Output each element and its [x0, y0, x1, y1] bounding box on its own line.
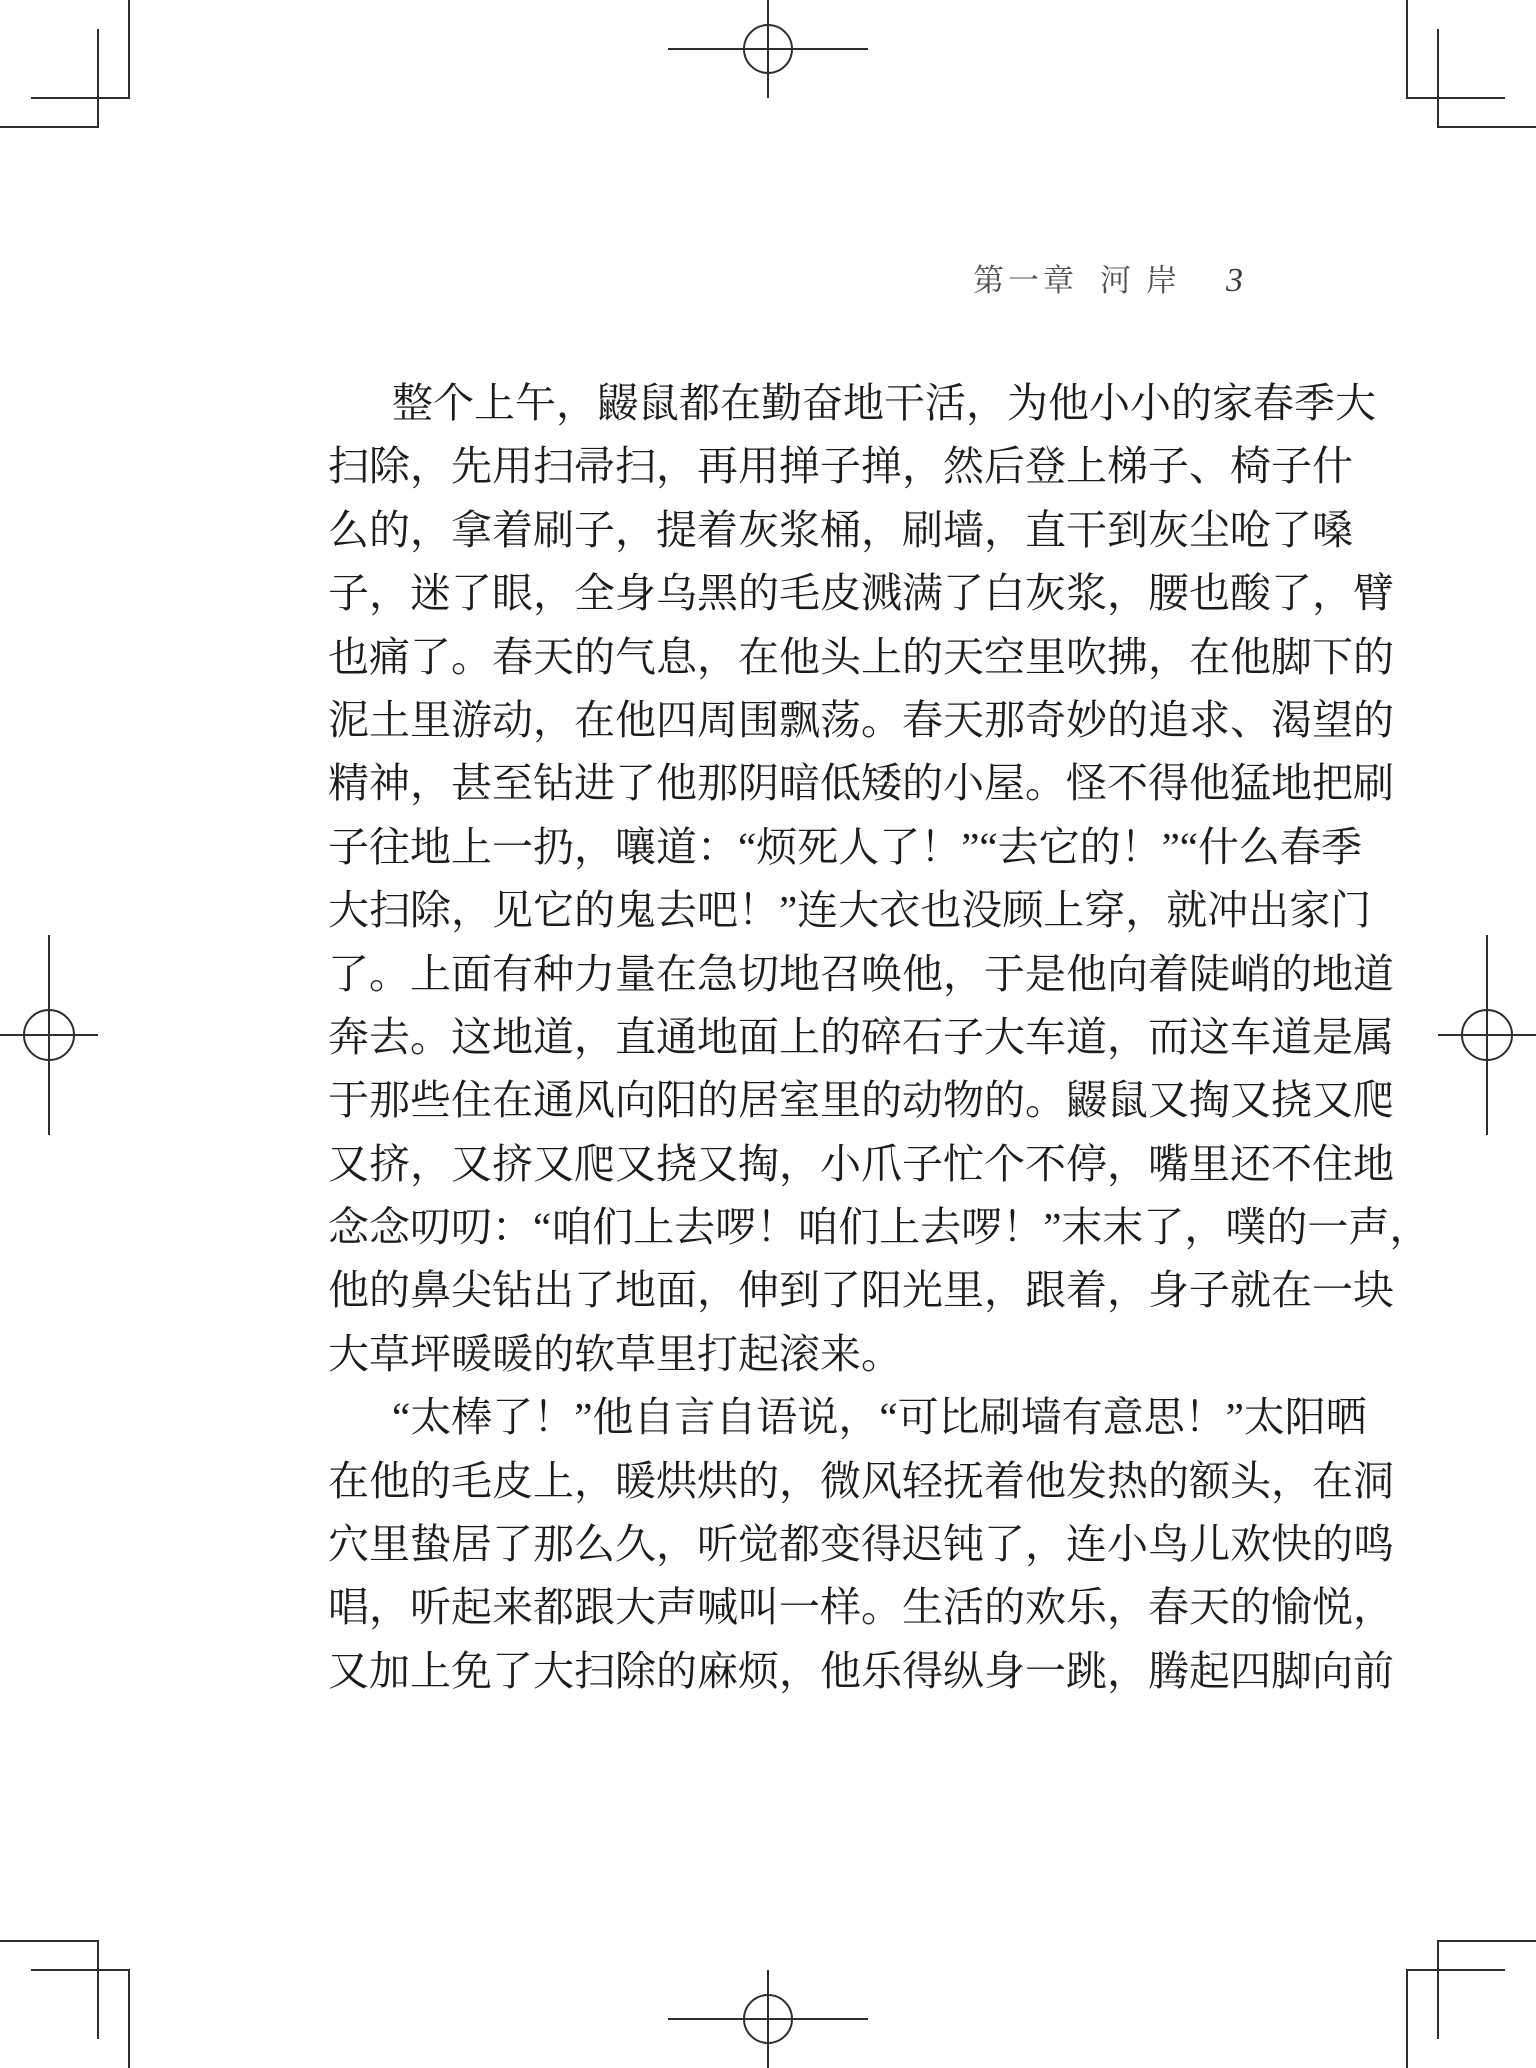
- paragraph: 整个上午，鼹鼠都在勤奋地干活，为他小小的家春季大 扫除，先用扫帚扫，再用掸子掸，…: [328, 372, 1243, 1386]
- registration-mark-right-middle: [1438, 935, 1536, 1135]
- text-line: “太棒了！”他自言自语说，“可比刷墙有意思！”太阳晒: [328, 1386, 1243, 1449]
- page-header: 第一章 河岸 3: [0, 263, 1243, 299]
- paragraph: “太棒了！”他自言自语说，“可比刷墙有意思！”太阳晒 在他的毛皮上，暖烘烘的，微…: [328, 1386, 1243, 1703]
- text-line: 也痛了。春天的气息，在他头上的天空里吹拂，在他脚下的: [328, 626, 1243, 689]
- crop-mark-top-left: [0, 0, 129, 127]
- text-line: 奔去。这地道，直通地面上的碎石子大车道，而这车道是属: [328, 1006, 1243, 1069]
- page-number: 3: [1226, 263, 1243, 299]
- text-line: 在他的毛皮上，暖烘烘的，微风轻抚着他发热的额头，在洞: [328, 1450, 1243, 1513]
- text-line: 了。上面有种力量在急切地召唤他，于是他向着陡峭的地道: [328, 943, 1243, 1006]
- registration-mark-top-center: [668, 0, 868, 98]
- text-line: 又挤，又挤又爬又挠又掏，小爪子忙个不停，嘴里还不住地: [328, 1133, 1243, 1196]
- section-title: 河岸: [1100, 263, 1192, 299]
- text-line: 大扫除，见它的鬼去吧！”连大衣也没顾上穿，就冲出家门: [328, 879, 1243, 942]
- text-line: 穴里蛰居了那么久，听觉都变得迟钝了，连小鸟儿欢快的鸣: [328, 1513, 1243, 1576]
- registration-mark-bottom-center: [668, 1970, 868, 2068]
- text-line: 于那些住在通风向阳的居室里的动物的。鼹鼠又掏又挠又爬: [328, 1069, 1243, 1132]
- text-line: 精神，甚至钻进了他那阴暗低矮的小屋。怪不得他猛地把刷: [328, 752, 1243, 815]
- text-line: 么的，拿着刷子，提着灰浆桶，刷墙，直干到灰尘呛了嗓: [328, 499, 1243, 562]
- text-line: 他的鼻尖钻出了地面，伸到了阳光里，跟着，身子就在一块: [328, 1259, 1243, 1322]
- text-line: 子往地上一扔，嚷道：“烦死人了！”“去它的！”“什么春季: [328, 816, 1243, 879]
- text-line: 大草坪暖暖的软草里打起滚来。: [328, 1323, 1243, 1386]
- registration-mark-left-middle: [0, 935, 98, 1135]
- text-line: 又加上免了大扫除的麻烦，他乐得纵身一跳，腾起四脚向前: [328, 1640, 1243, 1703]
- page: { "colors": { "mark_stroke": "#2e2e2e", …: [0, 0, 1536, 2068]
- chapter-title: 第一章: [973, 263, 1078, 299]
- text-line: 泥土里游动，在他四周围飘荡。春天那奇妙的追求、渴望的: [328, 689, 1243, 752]
- text-line: 唱，听起来都跟大声喊叫一样。生活的欢乐，春天的愉悦，: [328, 1576, 1243, 1639]
- body-text: 整个上午，鼹鼠都在勤奋地干活，为他小小的家春季大 扫除，先用扫帚扫，再用掸子掸，…: [328, 372, 1243, 1703]
- crop-mark-bottom-left: [0, 1941, 129, 2068]
- text-line: 扫除，先用扫帚扫，再用掸子掸，然后登上梯子、椅子什: [328, 435, 1243, 498]
- text-line: 整个上午，鼹鼠都在勤奋地干活，为他小小的家春季大: [328, 372, 1243, 435]
- text-line: 子，迷了眼，全身乌黑的毛皮溅满了白灰浆，腰也酸了，臂: [328, 562, 1243, 625]
- crop-mark-top-right: [1407, 0, 1536, 127]
- crop-mark-bottom-right: [1407, 1941, 1536, 2068]
- text-line: 念念叨叨：“咱们上去啰！咱们上去啰！”末末了，噗的一声，: [328, 1196, 1243, 1259]
